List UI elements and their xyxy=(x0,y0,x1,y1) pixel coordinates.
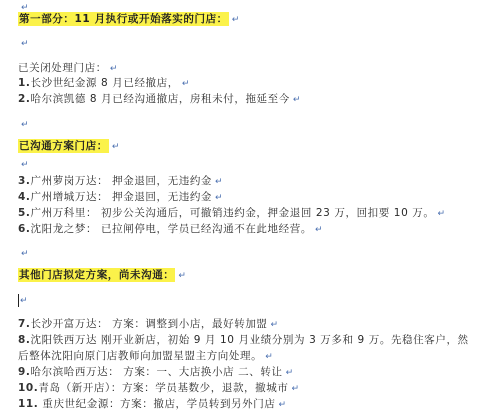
list-item: 3.广州萝岗万达： 押金退回，无违约金↵ xyxy=(18,174,223,189)
list-item: 10.青岛（新开店）：方案：学员基数少，退款，撤城市↵ xyxy=(18,381,300,396)
paragraph-mark-icon: ↵ xyxy=(110,64,118,74)
empty-paragraph: ↵ xyxy=(18,246,29,261)
list-item: 7.长沙开富万达： 方案：调整到小店，最好转加盟↵ xyxy=(18,317,279,332)
empty-paragraph: ↵ xyxy=(18,157,29,172)
text-cursor xyxy=(18,294,19,307)
cursor-paragraph[interactable]: ↵ xyxy=(18,293,28,308)
paragraph-mark-icon: ↵ xyxy=(438,209,446,219)
section3-heading-line: 其他门店拟定方案，尚未沟通：↵ xyxy=(18,268,187,283)
paragraph-mark-icon: ↵ xyxy=(315,225,323,235)
section2-heading-line: 已沟通方案门店：↵ xyxy=(18,139,120,154)
list-item: 2.哈尔滨凯德 8 月已经沟通撤店，房租未付，拖延至今↵ xyxy=(18,92,301,107)
list-item: 9.哈尔滨哈西万达： 方案：一、大店换小店 二、转让↵ xyxy=(18,365,294,380)
paragraph-mark-icon: ↵ xyxy=(182,79,190,89)
section1-subheading-line: 已关闭处理门店：↵ xyxy=(18,61,118,76)
list-item: 1.长沙世纪金源 8 月已经撤店，↵ xyxy=(18,76,190,91)
section2-heading: 已沟通方案门店： xyxy=(18,139,109,153)
paragraph-mark-icon: ↵ xyxy=(21,249,29,259)
paragraph-mark-icon: ↵ xyxy=(20,296,28,306)
paragraph-mark-icon: ↵ xyxy=(271,320,279,330)
paragraph-mark-icon: ↵ xyxy=(21,39,29,49)
section1-heading-line: 第一部分：11 月执行或开始落实的门店：↵ xyxy=(18,12,240,27)
paragraph-mark-icon: ↵ xyxy=(215,177,223,187)
section1-subheading: 已关闭处理门店： xyxy=(18,62,107,74)
section1-heading: 第一部分：11 月执行或开始落实的门店： xyxy=(18,12,229,26)
paragraph-mark-icon: ↵ xyxy=(286,368,294,378)
list-item: 8.沈阳铁西万达 刚开业新店，初始 9 月 10 月业绩分别为 3 万多和 9 … xyxy=(18,333,469,347)
paragraph-mark-icon: ↵ xyxy=(112,142,120,152)
paragraph-mark-icon: ↵ xyxy=(291,384,299,394)
empty-paragraph: ↵ xyxy=(18,117,29,132)
paragraph-mark-icon: ↵ xyxy=(21,120,29,130)
paragraph-mark-icon: ↵ xyxy=(21,160,29,170)
empty-paragraph: ↵ xyxy=(18,36,29,51)
paragraph-mark-icon: ↵ xyxy=(232,15,240,25)
list-item: 5.广州万科里： 初步公关沟通后，可撤销违约金，押金退回 23 万，回扣要 10… xyxy=(18,206,446,221)
paragraph-mark-icon: ↵ xyxy=(278,400,286,410)
section3-heading: 其他门店拟定方案，尚未沟通： xyxy=(18,268,175,282)
paragraph-mark-icon: ↵ xyxy=(293,95,301,105)
list-item-continuation: 后整体沈阳向原门店教师向加盟星盟主方向处理。↵ xyxy=(18,349,273,364)
list-item: 4.广州增城万达： 押金退回，无违约金↵ xyxy=(18,190,223,205)
paragraph-mark-icon: ↵ xyxy=(178,271,186,281)
paragraph-mark-icon: ↵ xyxy=(265,352,273,362)
paragraph-mark-icon: ↵ xyxy=(215,193,223,203)
list-item: 6.沈阳龙之梦： 已拉闸停电，学员已经沟通不在此地经营。↵ xyxy=(18,222,323,237)
list-item: 11. 重庆世纪金源：方案：撤店，学员转到另外门店↵ xyxy=(18,397,287,412)
